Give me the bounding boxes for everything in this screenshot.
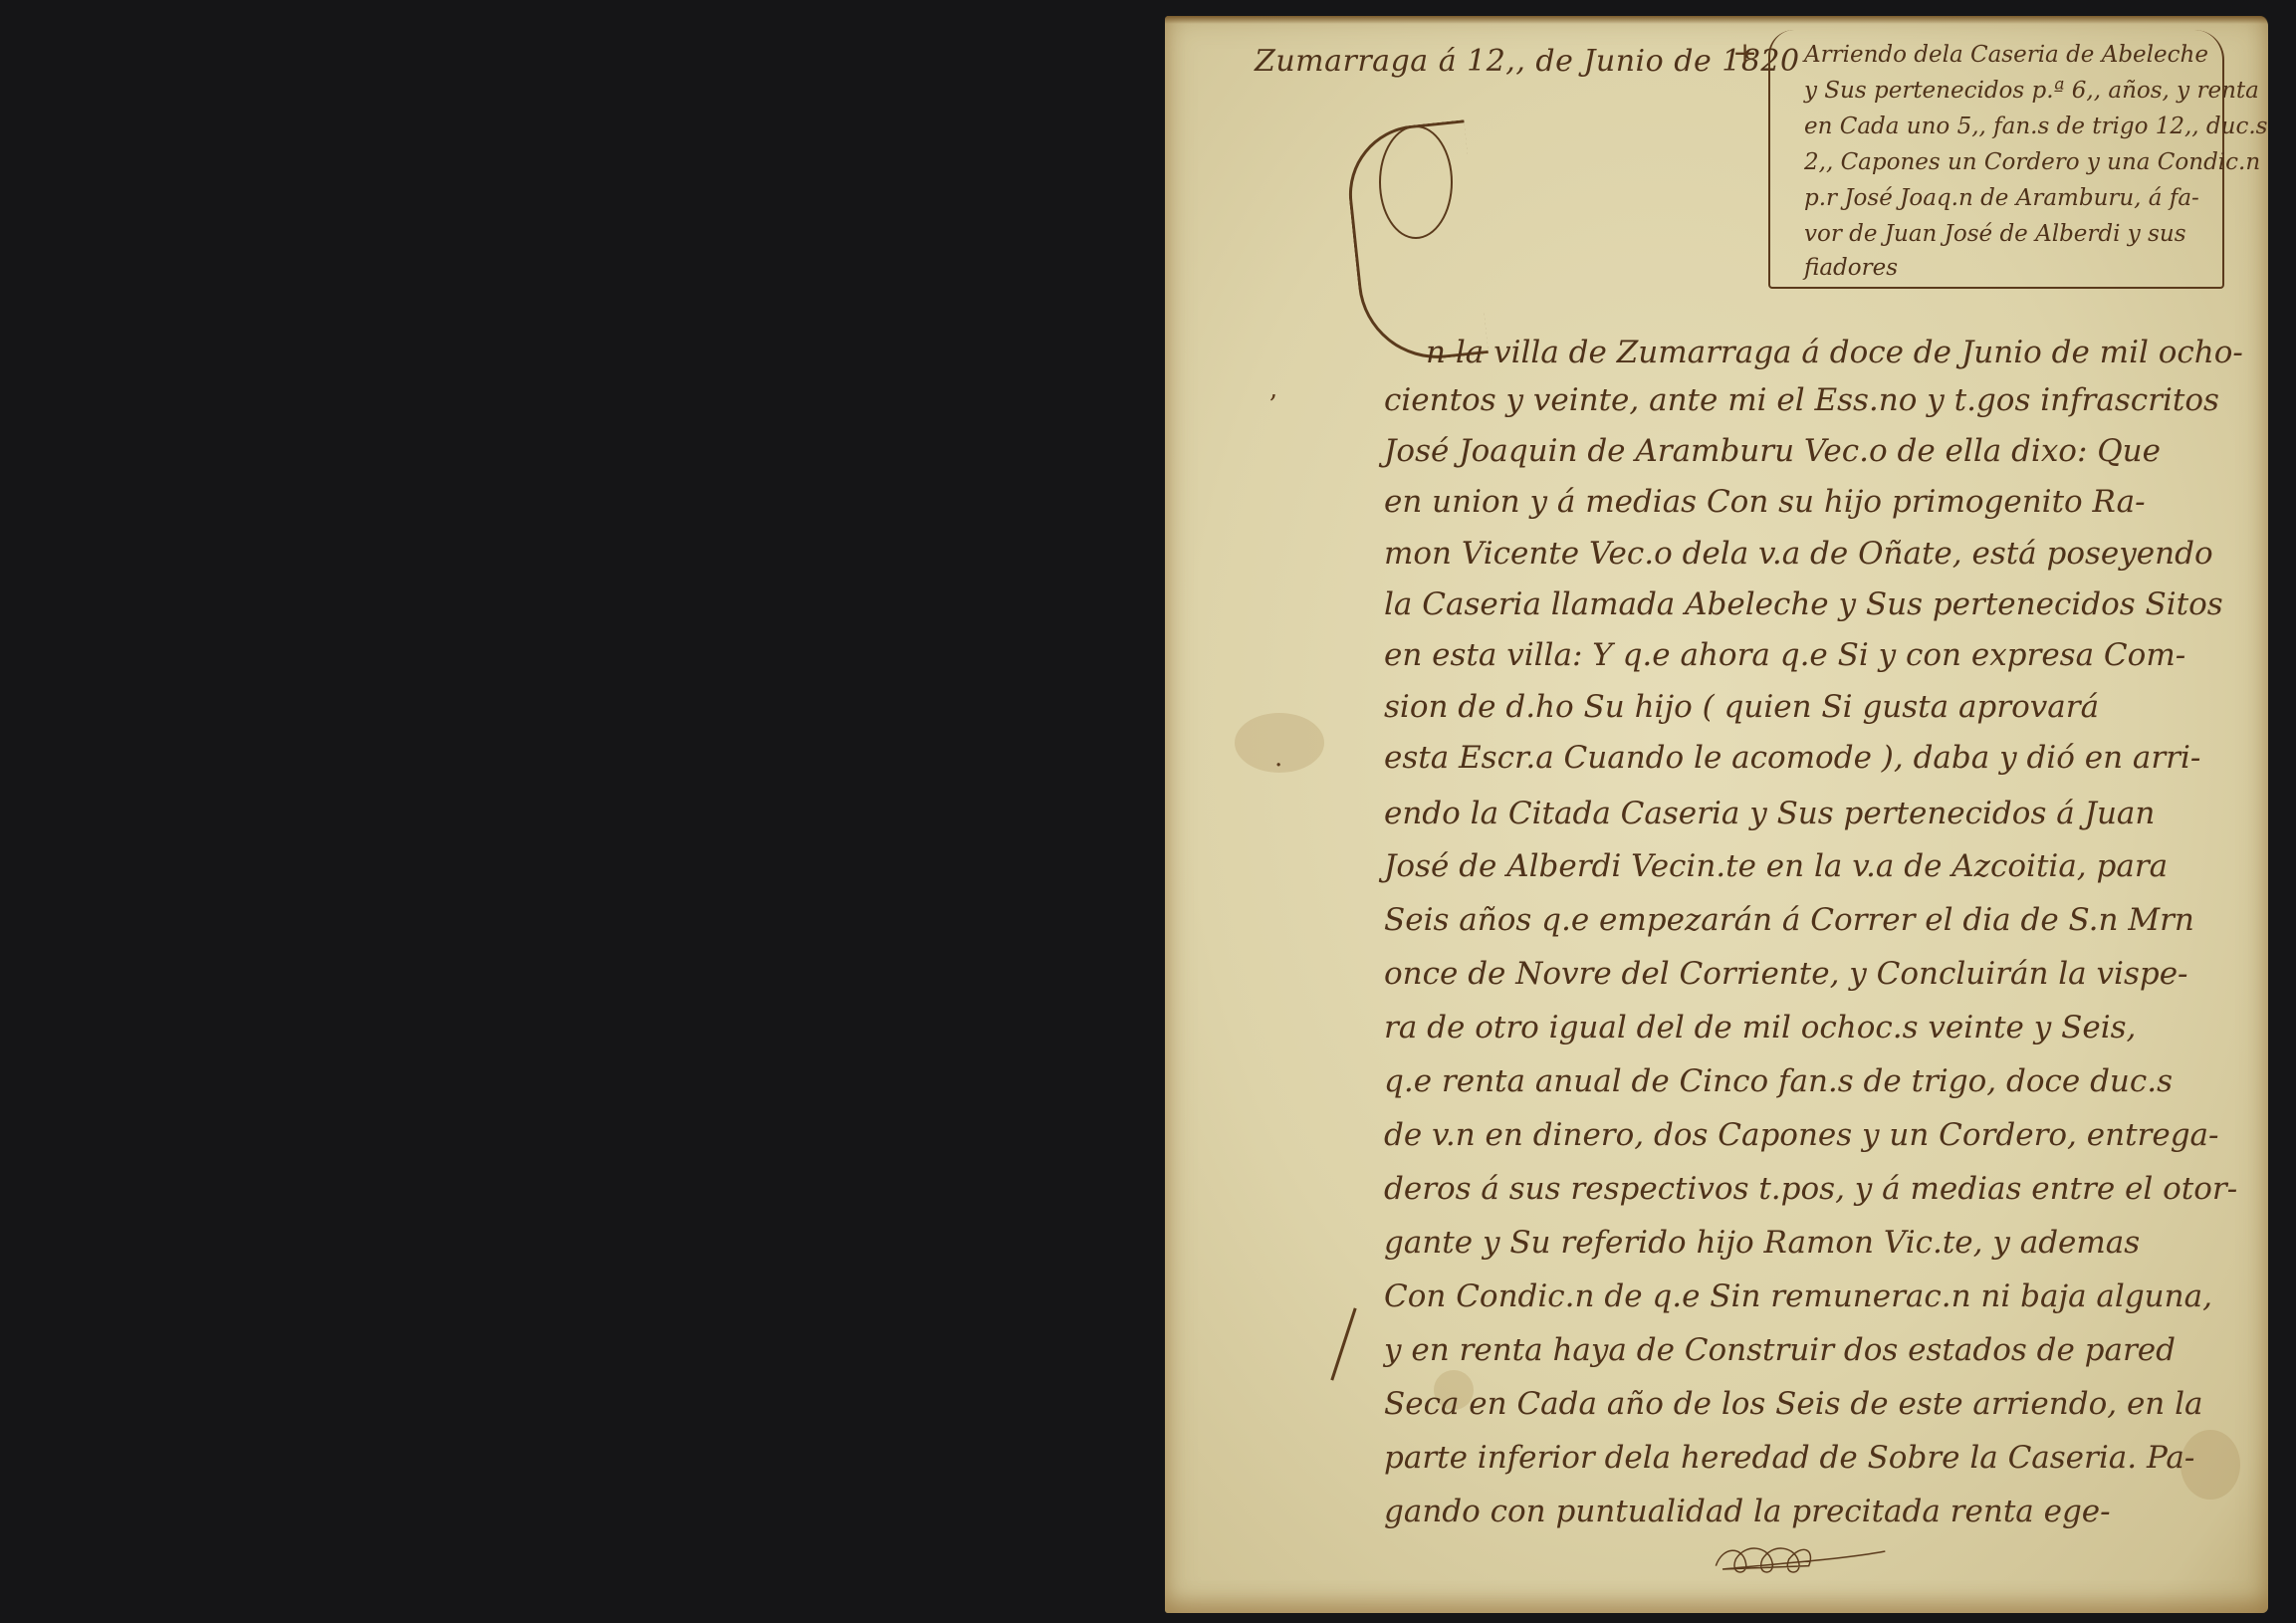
body-line: parte inferior dela heredad de Sobre la … <box>1384 1440 2194 1476</box>
body-line: mon Vicente Vec.o dela v.a de Oñate, est… <box>1384 536 2213 572</box>
image-viewer: Zumarraga á 12,, de Junio de 1820 + Arri… <box>0 0 2296 1623</box>
body-line: Seis años q.e empezarán á Correr el dia … <box>1384 902 2194 938</box>
body-line: en esta villa: Y q.e ahora q.e Si y con … <box>1384 637 2185 673</box>
margin-mark: , <box>1269 374 1277 404</box>
body-line: q.e renta anual de Cinco fan.s de trigo,… <box>1384 1063 2173 1099</box>
body-line: esta Escr.a Cuando le acomode ), daba y … <box>1384 740 2200 776</box>
body-line: deros á sus respectivos t.pos, y á media… <box>1384 1171 2237 1207</box>
margin-mark: . <box>1274 743 1282 773</box>
manuscript-page: Zumarraga á 12,, de Junio de 1820 + Arri… <box>1165 16 2268 1613</box>
body-line: gando con puntualidad la precitada renta… <box>1384 1494 2111 1529</box>
body-line: endo la Citada Caseria y Sus pertenecido… <box>1384 796 2155 831</box>
margin-note-line: en Cada uno 5,, fan.s de trigo 12,, duc.… <box>1804 114 2267 139</box>
closing-flourish <box>1663 1539 1942 1579</box>
body-line: la Caseria llamada Abeleche y Sus perten… <box>1384 586 2223 622</box>
margin-note-line: p.r José Joaq.n de Aramburu, á fa- <box>1804 185 2199 211</box>
body-line: y en renta haya de Construir dos estados… <box>1384 1332 2176 1368</box>
body-line: de v.n en dinero, dos Capones y un Corde… <box>1384 1117 2219 1153</box>
body-line: Con Condic.n de q.e Sin remunerac.n ni b… <box>1384 1278 2212 1314</box>
margin-summary-note: Arriendo dela Caseria de Abeleche y Sus … <box>1768 30 2224 289</box>
body-line: José de Alberdi Vecin.te en la v.a de Az… <box>1384 848 2168 884</box>
body-line: gante y Su referido hijo Ramon Vic.te, y… <box>1384 1225 2140 1261</box>
margin-slash-mark <box>1330 1307 1356 1380</box>
body-line: José Joaquin de Aramburu Vec.o de ella d… <box>1384 433 2161 469</box>
body-line: once de Novre del Corriente, y Concluirá… <box>1384 956 2188 992</box>
body-line: Seca en Cada año de los Seis de este arr… <box>1384 1386 2203 1422</box>
body-line: cientos y veinte, ante mi el Ess.no y t.… <box>1384 382 2219 418</box>
body-line: en union y á medias Con su hijo primogen… <box>1384 484 2146 520</box>
cross-mark: + <box>1732 36 1757 71</box>
margin-note-line: Arriendo dela Caseria de Abeleche <box>1804 42 2208 68</box>
margin-note-line: 2,, Capones un Cordero y una Condic.n <box>1804 149 2260 175</box>
margin-note-line: vor de Juan José de Alberdi y sus <box>1804 221 2186 247</box>
body-line: n la villa de Zumarraga á doce de Junio … <box>1426 335 2243 370</box>
decorative-initial-loop <box>1379 125 1453 239</box>
document-date-header: Zumarraga á 12,, de Junio de 1820 <box>1255 44 1800 79</box>
body-line: ra de otro igual del de mil ochoc.s vein… <box>1384 1010 2136 1045</box>
margin-note-line: y Sus pertenecidos p.ª 6,, años, y renta <box>1804 78 2259 104</box>
body-line: sion de d.ho Su hijo ( quien Si gusta ap… <box>1384 689 2099 725</box>
margin-note-line: fiadores <box>1804 255 1898 281</box>
